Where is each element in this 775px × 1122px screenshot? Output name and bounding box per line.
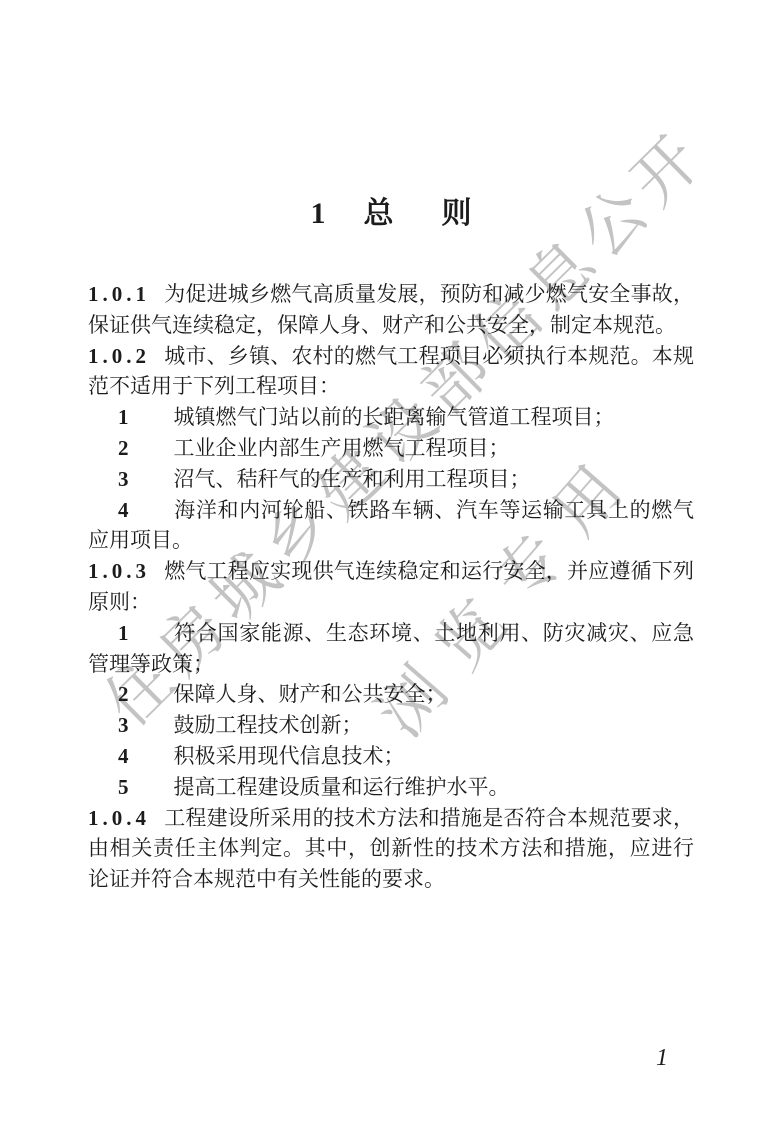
- item-number: 3: [118, 467, 129, 491]
- item-number: 4: [118, 744, 129, 768]
- list-item: 2保障人身、财产和公共安全；: [88, 679, 694, 710]
- chapter-number: 1: [311, 197, 326, 230]
- document-content: 1 总 则 1.0.1为促进城乡燃气高质量发展，预防和减少燃气安全事故，保证供气…: [88, 197, 694, 895]
- item-number: 2: [118, 682, 129, 706]
- list-item: 1符合国家能源、生态环境、土地利用、防灾减灾、应急管理等政策；: [88, 618, 694, 680]
- paragraph-text: 工业企业内部生产用燃气工程项目；: [174, 436, 510, 460]
- list-item: 2工业企业内部生产用燃气工程项目；: [88, 433, 694, 464]
- item-number: 2: [118, 436, 129, 460]
- list-item: 4海洋和内河轮船、铁路车辆、汽车等运输工具上的燃气应用项目。: [88, 495, 694, 557]
- paragraph-text: 为促进城乡燃气高质量发展，预防和减少燃气安全事故，保证供气连续稳定，保障人身、财…: [88, 282, 694, 337]
- paragraph-text: 保障人身、财产和公共安全；: [174, 682, 447, 706]
- paragraph-text: 城镇燃气门站以前的长距离输气管道工程项目；: [174, 405, 615, 429]
- clause-paragraph: 1.0.1为促进城乡燃气高质量发展，预防和减少燃气安全事故，保证供气连续稳定，保…: [88, 279, 694, 341]
- paragraph-text: 城市、乡镇、农村的燃气工程项目必须执行本规范。本规范不适用于下列工程项目：: [88, 344, 694, 399]
- paragraph-text: 符合国家能源、生态环境、土地利用、防灾减灾、应急管理等政策；: [88, 621, 694, 676]
- list-item: 3沼气、秸秆气的生产和利用工程项目；: [88, 464, 694, 495]
- clause-number: 1.0.3: [88, 559, 150, 583]
- item-number: 3: [118, 713, 129, 737]
- list-item: 1城镇燃气门站以前的长距离输气管道工程项目；: [88, 402, 694, 433]
- paragraph-text: 提高工程建设质量和运行维护水平。: [174, 775, 510, 799]
- list-item: 4积极采用现代信息技术；: [88, 741, 694, 772]
- clause-number: 1.0.1: [88, 282, 150, 306]
- item-number: 1: [118, 621, 129, 645]
- paragraph-text: 海洋和内河轮船、铁路车辆、汽车等运输工具上的燃气应用项目。: [88, 498, 694, 553]
- chapter-title: 1 总 则: [88, 197, 694, 230]
- paragraph-text: 沼气、秸秆气的生产和利用工程项目；: [174, 467, 531, 491]
- chapter-title-word-2: 则: [442, 197, 472, 230]
- list-item: 5提高工程建设质量和运行维护水平。: [88, 772, 694, 803]
- paragraph-text: 鼓励工程技术创新；: [174, 713, 363, 737]
- clause-paragraph: 1.0.3燃气工程应实现供气连续稳定和运行安全，并应遵循下列原则：: [88, 556, 694, 618]
- paragraph-text: 燃气工程应实现供气连续稳定和运行安全，并应遵循下列原则：: [88, 559, 694, 614]
- clause-paragraph: 1.0.2城市、乡镇、农村的燃气工程项目必须执行本规范。本规范不适用于下列工程项…: [88, 341, 694, 403]
- document-paragraphs: 1.0.1为促进城乡燃气高质量发展，预防和减少燃气安全事故，保证供气连续稳定，保…: [88, 279, 694, 895]
- item-number: 1: [118, 405, 129, 429]
- clause-number: 1.0.4: [88, 806, 150, 830]
- paragraph-text: 工程建设所采用的技术方法和措施是否符合本规范要求，由相关责任主体判定。其中，创新…: [88, 806, 694, 892]
- page-number: 1: [656, 1044, 668, 1073]
- paragraph-text: 积极采用现代信息技术；: [174, 744, 405, 768]
- document-page: 住房城乡建设部信息公开 浏览专用 1 总 则 1.0.1为促进城乡燃气高质量发展…: [0, 0, 775, 1122]
- clause-number: 1.0.2: [88, 344, 150, 368]
- list-item: 3鼓励工程技术创新；: [88, 710, 694, 741]
- clause-paragraph: 1.0.4工程建设所采用的技术方法和措施是否符合本规范要求，由相关责任主体判定。…: [88, 803, 694, 895]
- chapter-title-word-1: 总: [364, 197, 394, 230]
- item-number: 5: [118, 775, 129, 799]
- item-number: 4: [118, 498, 129, 522]
